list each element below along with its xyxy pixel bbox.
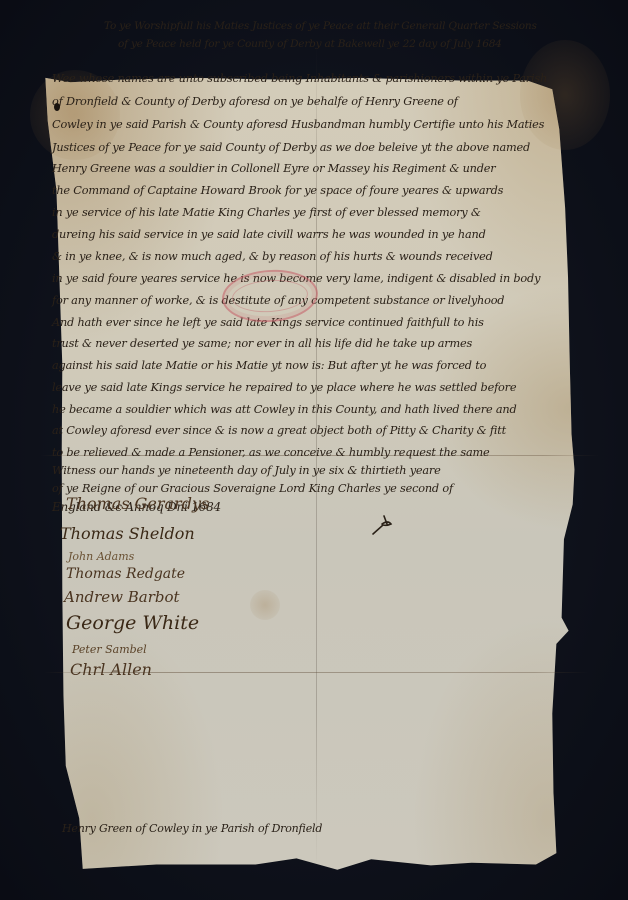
body-line: Henry Greene was a souldier in Collonell… (52, 162, 495, 175)
body-line: Cowley in ye said Parish & County afores… (52, 118, 544, 131)
age-stain (520, 40, 610, 150)
body-line: of Dronfield & County of Derby aforesd o… (52, 95, 458, 108)
header-line-2: of ye Peace held for ye County of Derby … (118, 38, 502, 50)
body-line: trust & never deserted ye same; nor ever… (52, 337, 472, 350)
body-line: at Cowley aforesd ever since & is now a … (52, 424, 506, 437)
viewer-stage: To ye Worshipfull his Maties Justices of… (0, 0, 628, 900)
body-line: to be relieved & made a Pensioner, as we… (52, 446, 490, 459)
body-line: the Command of Captaine Howard Brook for… (52, 184, 503, 197)
age-stain (250, 590, 280, 620)
signature: John Adams (68, 550, 134, 563)
body-line: he became a souldier which was att Cowle… (52, 403, 516, 416)
signature: George White (66, 612, 199, 634)
body-line: against his said late Matie or his Matie… (52, 359, 486, 372)
archive-stamp-inner-ring (231, 277, 309, 314)
body-line: in ye service of his late Matie King Cha… (52, 206, 481, 219)
body-line: & in ye knee, & is now much aged, & by r… (52, 250, 493, 263)
body-line: Wee whose names are unto subscribed bein… (52, 72, 547, 85)
body-line: dureing his said service in ye said late… (52, 228, 486, 241)
header-line-1: To ye Worshipfull his Maties Justices of… (104, 20, 537, 32)
body-line: Justices of ye Peace for ye said County … (52, 141, 530, 154)
body-line: leave ye said late Kings service he repa… (52, 381, 516, 394)
body-line: Witness our hands ye nineteenth day of J… (52, 464, 441, 477)
endorsement: Henry Green of Cowley in ye Parish of Dr… (62, 822, 322, 835)
signature: Andrew Barbot (64, 588, 180, 606)
signature: Thomas Redgate (66, 566, 185, 582)
signature: Thomas Sheldon (60, 524, 195, 543)
pen-mark-icon (370, 514, 394, 536)
signature: Chrl Allen (70, 660, 152, 679)
manuscript-content: To ye Worshipfull his Maties Justices of… (0, 0, 628, 900)
ink-blot (54, 103, 60, 111)
signature: Thomas Gerardys (66, 494, 209, 513)
signature: Peter Sambel (72, 643, 147, 656)
